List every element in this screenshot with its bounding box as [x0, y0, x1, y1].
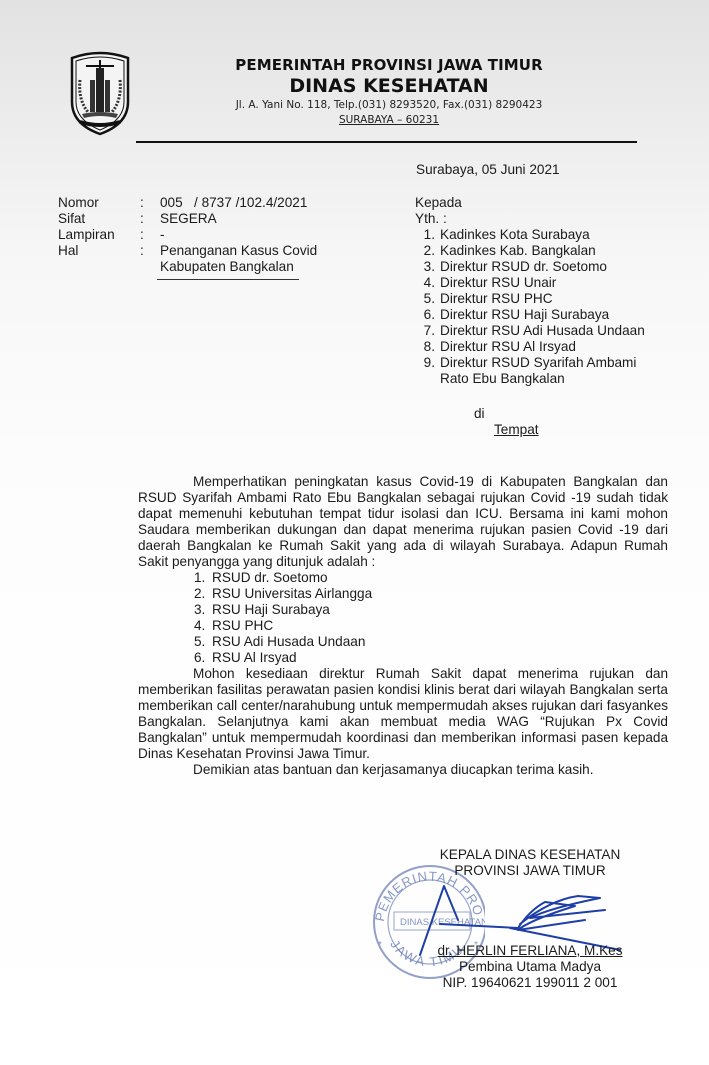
meta-label: Lampiran — [58, 227, 138, 243]
letter-meta: Nomor : 005 / 8737 /102.4/2021 Sifat : S… — [58, 195, 380, 275]
recipient-name: Direktur RSUD Syarifah Ambami — [440, 355, 636, 371]
list-item: 6.Direktur RSU Haji Surabaya — [415, 307, 645, 323]
department-name: DINAS KESEHATAN — [158, 75, 620, 97]
meta-label: Hal — [58, 243, 138, 259]
list-number: 6. — [194, 650, 212, 666]
list-number: 1. — [415, 227, 440, 243]
hospital-name: RSU Al Irsyad — [212, 650, 297, 666]
meta-colon-empty — [138, 259, 160, 275]
body-paragraph-1: Memperhatikan peningkatan kasus Covid-19… — [138, 474, 668, 570]
list-number: 2. — [194, 586, 212, 602]
meta-label: Nomor — [58, 195, 138, 211]
meta-label-empty — [58, 259, 138, 275]
signature-block: KEPALA DINAS KESEHATAN PROVINSI JAWA TIM… — [410, 847, 650, 991]
signatory-name: dr. HERLIN FERLIANA, M.Kes — [410, 943, 650, 959]
hospital-name: RSU Adi Husada Undaan — [212, 634, 365, 650]
list-item: 4.RSU PHC — [194, 618, 668, 634]
recipient-name-cont: Rato Ebu Bangkalan — [415, 371, 565, 387]
meta-row-hal-cont: Kabupaten Bangkalan — [58, 259, 380, 275]
hospital-name: RSUD dr. Soetomo — [212, 570, 328, 586]
list-item: 2.RSU Universitas Airlangga — [194, 586, 668, 602]
east-java-coat-of-arms-icon — [66, 50, 134, 136]
body-paragraph-2: Mohon kesediaan direktur Rumah Sakit dap… — [138, 666, 668, 762]
hospital-name: RSU Universitas Airlangga — [212, 586, 372, 602]
tempat-label: Tempat — [494, 422, 539, 438]
signatory-nip: NIP. 19640621 199011 2 001 — [410, 975, 650, 991]
meta-colon: : — [138, 195, 160, 211]
svg-text:*: * — [378, 940, 382, 951]
list-number: 6. — [415, 307, 440, 323]
meta-value: SEGERA — [160, 211, 380, 227]
meta-colon: : — [138, 211, 160, 227]
paragraph-text: Demikian atas bantuan dan kerjasamanya d… — [193, 762, 594, 777]
recipients: Kepada Yth. : 1.Kadinkes Kota Surabaya 2… — [415, 195, 645, 387]
meta-colon: : — [138, 243, 160, 259]
city-postal: SURABAYA – 60231 — [158, 113, 620, 128]
signatory-rank: Pembina Utama Madya — [410, 959, 650, 975]
body-paragraph-3: Demikian atas bantuan dan kerjasamanya d… — [138, 762, 668, 778]
meta-row-nomor: Nomor : 005 / 8737 /102.4/2021 — [58, 195, 380, 211]
recipient-name: Direktur RSU PHC — [440, 291, 553, 307]
list-number: 4. — [415, 275, 440, 291]
recipient-name: Kadinkes Kota Surabaya — [440, 227, 590, 243]
list-item: 5.RSU Adi Husada Undaan — [194, 634, 668, 650]
list-number: 7. — [415, 323, 440, 339]
recipient-name: Kadinkes Kab. Bangkalan — [440, 243, 596, 259]
list-number: 1. — [194, 570, 212, 586]
list-item: 7.Direktur RSU Adi Husada Undaan — [415, 323, 645, 339]
signature-space — [410, 879, 650, 943]
list-item: 4.Direktur RSU Unair — [415, 275, 645, 291]
di-label: di — [474, 406, 485, 422]
letterhead-divider — [136, 141, 637, 143]
recipient-name: Direktur RSUD dr. Soetomo — [440, 259, 607, 275]
hospital-list: 1.RSUD dr. Soetomo 2.RSU Universitas Air… — [138, 570, 668, 666]
list-item: 9.Direktur RSUD Syarifah Ambami — [415, 355, 645, 371]
meta-row-lampiran: Lampiran : - — [58, 227, 380, 243]
list-number: 9. — [415, 355, 440, 371]
subject-underline — [157, 279, 299, 280]
coat-of-arms-logo — [66, 50, 134, 136]
address: Jl. A. Yani No. 118, Telp.(031) 8293520,… — [158, 98, 620, 113]
list-item: 5.Direktur RSU PHC — [415, 291, 645, 307]
meta-value: - — [160, 227, 380, 243]
letterhead: PEMERINTAH PROVINSI JAWA TIMUR DINAS KES… — [140, 55, 620, 128]
list-number: 3. — [194, 602, 212, 618]
list-number: 8. — [415, 339, 440, 355]
list-number: 2. — [415, 243, 440, 259]
meta-row-hal: Hal : Penanganan Kasus Covid — [58, 243, 380, 259]
meta-value: 005 / 8737 /102.4/2021 — [160, 195, 380, 211]
letter-date: Surabaya, 05 Juni 2021 — [416, 162, 560, 178]
kepada-label: Kepada — [415, 195, 645, 211]
recipient-name: Direktur RSU Al Irsyad — [440, 339, 576, 355]
list-number: 4. — [194, 618, 212, 634]
meta-colon: : — [138, 227, 160, 243]
list-item-continuation: Rato Ebu Bangkalan — [415, 371, 645, 387]
meta-row-sifat: Sifat : SEGERA — [58, 211, 380, 227]
signatory-title-1: KEPALA DINAS KESEHATAN — [410, 847, 650, 863]
hospital-name: RSU Haji Surabaya — [212, 602, 330, 618]
list-item: 8.Direktur RSU Al Irsyad — [415, 339, 645, 355]
signatory-title-2: PROVINSI JAWA TIMUR — [410, 863, 650, 879]
list-item: 3.Direktur RSUD dr. Soetomo — [415, 259, 645, 275]
list-item: 1.RSUD dr. Soetomo — [194, 570, 668, 586]
meta-value: Penanganan Kasus Covid — [160, 243, 380, 259]
list-item: 3.RSU Haji Surabaya — [194, 602, 668, 618]
letter-body: Memperhatikan peningkatan kasus Covid-19… — [138, 474, 668, 778]
list-number: 3. — [415, 259, 440, 275]
recipient-name: Direktur RSU Adi Husada Undaan — [440, 323, 645, 339]
recipient-list: 1.Kadinkes Kota Surabaya 2.Kadinkes Kab.… — [415, 227, 645, 387]
meta-value: Kabupaten Bangkalan — [160, 259, 380, 275]
government-name: PEMERINTAH PROVINSI JAWA TIMUR — [158, 55, 620, 75]
yth-label: Yth. : — [415, 211, 645, 227]
list-number: 5. — [415, 291, 440, 307]
list-number: 5. — [194, 634, 212, 650]
hospital-name: RSU PHC — [212, 618, 273, 634]
list-item: 2.Kadinkes Kab. Bangkalan — [415, 243, 645, 259]
meta-label: Sifat — [58, 211, 138, 227]
paragraph-text: Mohon kesediaan direktur Rumah Sakit dap… — [138, 666, 668, 761]
list-item: 1.Kadinkes Kota Surabaya — [415, 227, 645, 243]
paragraph-text: Memperhatikan peningkatan kasus Covid-19… — [138, 474, 668, 569]
list-item: 6.RSU Al Irsyad — [194, 650, 668, 666]
recipient-name: Direktur RSU Haji Surabaya — [440, 307, 609, 323]
recipient-name: Direktur RSU Unair — [440, 275, 556, 291]
